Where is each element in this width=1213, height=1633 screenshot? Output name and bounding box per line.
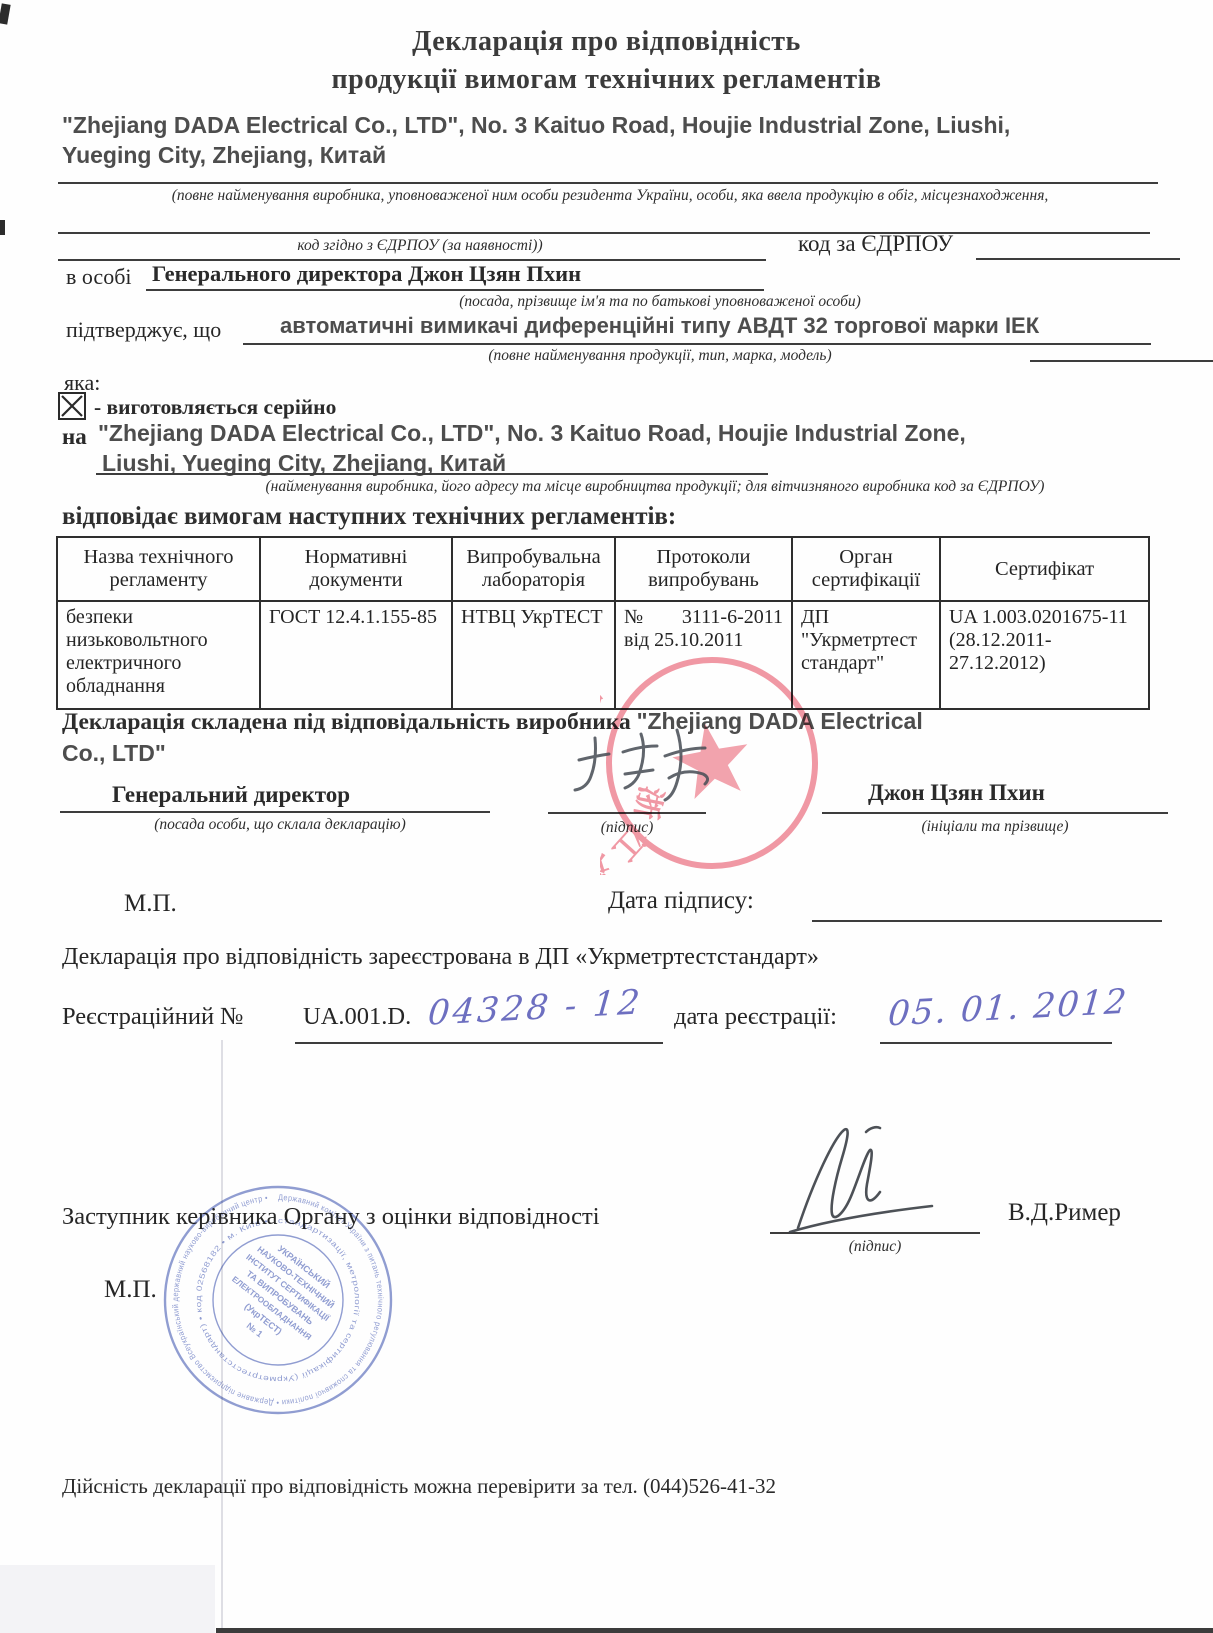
scanned-declaration-document: Декларація про відповідність продукції в… <box>0 0 1213 1633</box>
protocol-no-label: № <box>624 606 643 629</box>
approver-signature-caption: (підпис) <box>790 1238 960 1256</box>
registration-date-label: дата реєстрації: <box>674 1003 837 1031</box>
col-header-certificate: Сертифікат <box>940 537 1149 601</box>
signer-position-underline <box>60 811 490 813</box>
approver-name: В.Д.Ример <box>1008 1199 1121 1227</box>
director-signature <box>565 722 780 822</box>
product-value: автоматичні вимикачі диференційні типу А… <box>280 313 1039 339</box>
person-label: в особі <box>66 264 132 290</box>
person-underline <box>146 289 764 291</box>
certificate-line: UA 1.003.0201675-11 <box>949 606 1140 629</box>
production-caption: (найменування виробника, його адресу та … <box>130 478 1180 496</box>
certificate-line: 27.12.2012) <box>949 652 1140 675</box>
right-margin-line <box>1030 360 1213 362</box>
person-value: Генерального директора Джон Цзян Пхин <box>152 261 581 287</box>
registration-label: Реєстраційний № <box>62 1003 244 1031</box>
protocol-number: 3111-6-2011 <box>682 606 783 629</box>
cert-org-line: "Укрметртест <box>801 629 931 652</box>
signer-name-underline <box>822 812 1168 814</box>
registration-date-line <box>880 1042 1112 1044</box>
protocol-date: від 25.10.2011 <box>624 629 783 652</box>
edrpou-caption: код згідно з ЄДРПОУ (за наявності)) <box>230 237 610 255</box>
edrpou-value-line <box>976 258 1180 260</box>
col-header-lab: Випробувальна лабораторія <box>452 537 615 601</box>
scan-shadow-bottom-left <box>0 1565 215 1633</box>
cell-lab: НТВЦ УкрТЕСТ <box>452 601 615 709</box>
edrpou-upper-line <box>58 232 1150 234</box>
complies-heading: відповідає вимогам наступних технічних р… <box>62 503 676 531</box>
col-header-normative: Нормативні документи <box>260 537 452 601</box>
signer-name-caption: (ініціали та прізвище) <box>850 818 1140 836</box>
page-title-line1: Декларація про відповідність <box>0 26 1213 58</box>
product-caption: (повне найменування продукції, тип, марк… <box>410 347 910 365</box>
production-prefix: на <box>62 424 87 450</box>
registration-number-prefix: UA.001.D. <box>303 1003 411 1031</box>
responsibility-text: Декларація складена під відповідальність… <box>62 709 631 735</box>
registration-number-line <box>295 1042 663 1044</box>
checkbox-x-mark <box>60 394 84 418</box>
col-header-cert-org: Орган сертифікації <box>792 537 940 601</box>
signer-position: Генеральний директор <box>112 782 350 808</box>
production-underline <box>96 473 768 475</box>
manufacturer-name-line1: "Zhejiang DADA Electrical Co., LTD", No.… <box>62 112 1010 139</box>
cert-org-line: ДП <box>801 606 931 629</box>
date-sign-label: Дата підпису: <box>608 887 754 915</box>
registration-number-handwritten: 04328 - 12 <box>426 982 644 1033</box>
scan-artifact-top-left <box>0 3 11 24</box>
footer-verification-note: Дійсність декларації про відповідність м… <box>62 1474 776 1499</box>
serial-production-checkbox <box>58 392 86 420</box>
registered-statement: Декларація про відповідність зареєстрова… <box>62 944 819 971</box>
mp-seal-placeholder: М.П. <box>124 890 177 918</box>
table-header-row: Назва технічного регламенту Нормативні д… <box>57 537 1149 601</box>
person-caption: (посада, прізвище ім'я та по батькові уп… <box>390 293 930 311</box>
cell-regulation: безпеки низьковольтного електричного обл… <box>57 601 260 709</box>
signer-name: Джон Цзян Пхин <box>868 780 1045 806</box>
manufacturer-name-line2: Yueging City, Zhejiang, Китай <box>62 142 386 169</box>
approver-signature <box>770 1120 970 1235</box>
cell-certificate: UA 1.003.0201675-11 (28.12.2011- 27.12.2… <box>940 601 1149 709</box>
confirm-label: підтверджує, що <box>66 317 221 343</box>
serial-production-label: - виготовляється серійно <box>94 395 336 420</box>
scan-edge-bottom <box>216 1628 1213 1633</box>
responsibility-manufacturer-line2: Co., LTD" <box>62 740 166 766</box>
registration-date-handwritten: 05. 01. 2012 <box>886 982 1129 1035</box>
cell-normative: ГОСТ 12.4.1.155-85 <box>260 601 452 709</box>
manufacturer-underline <box>58 182 1158 184</box>
certificate-line: (28.12.2011- <box>949 629 1140 652</box>
page-title-line2: продукції вимогам технічних регламентів <box>0 64 1213 96</box>
org-seal-stamp: Державний комітет України з питань техні… <box>158 1180 398 1420</box>
manufacturer-caption: (повне найменування виробника, уповноваж… <box>110 187 1110 205</box>
signer-position-caption: (посада особи, що склала декларацію) <box>90 816 470 834</box>
edrpou-label: код за ЄДРПОУ <box>798 231 953 257</box>
date-sign-line <box>812 920 1162 922</box>
production-line1: "Zhejiang DADA Electrical Co., LTD", No.… <box>98 420 966 447</box>
col-header-regulation: Назва технічного регламенту <box>57 537 260 601</box>
product-underline <box>243 343 1151 345</box>
mp-seal-placeholder-2: М.П. <box>104 1276 157 1304</box>
scan-artifact-left-edge <box>0 220 5 235</box>
col-header-protocols: Протоколи випробувань <box>615 537 792 601</box>
